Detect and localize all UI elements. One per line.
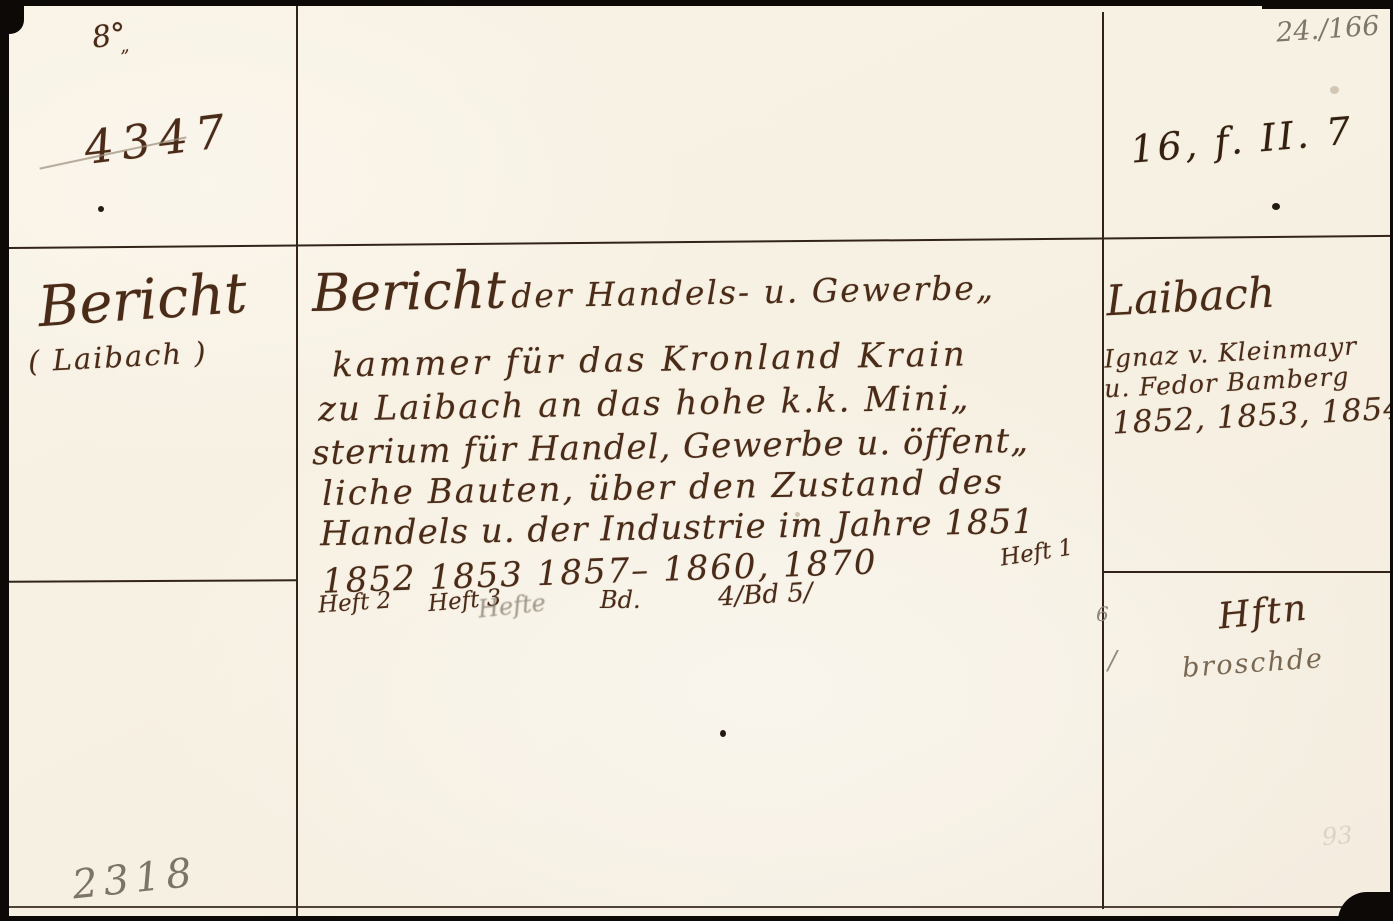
bd-numbers: 4/Bd 5/: [717, 578, 813, 613]
imprint-place: Laibach: [1105, 268, 1276, 326]
ink-speck: [720, 730, 726, 737]
pencil-fraction-number: 24./166: [1275, 10, 1380, 48]
paper-fleck: [1330, 86, 1339, 94]
main-entry-line-3: zu Laibach an das hohe k.k. Mini„: [318, 378, 971, 429]
faint-number: 93: [1321, 821, 1354, 852]
horizontal-rule-right-cell: [1104, 571, 1393, 573]
holdings-stroke-mark: /: [1108, 646, 1117, 676]
catalog-card: 8°„ 4347 24./166 16, f. II. 7 Bericht ( …: [0, 0, 1393, 921]
ink-speck: [1272, 203, 1280, 210]
bd-label: Bd.: [600, 586, 641, 614]
holdings-label: Hftn: [1216, 587, 1310, 637]
main-entry-block: Bericht der Handels- u. Gewerbe„ kammer …: [0, 0, 1100, 921]
vertical-rule-right-column: [1102, 12, 1104, 909]
holdings-pencil-note: broschde: [1181, 643, 1325, 684]
signature-number: 16, f. II. 7: [1129, 108, 1356, 171]
main-entry-first-line-rest: der Handels- u. Gewerbe„: [511, 268, 995, 315]
scan-edge-top-right-corner: [1262, 0, 1393, 9]
scan-edge-bottom-right-corner: [1338, 892, 1393, 921]
main-entry-first-word: Bericht: [312, 261, 507, 324]
ink-speck: [98, 206, 104, 212]
main-entry-line-1: Bericht der Handels- u. Gewerbe„: [312, 252, 996, 324]
pencil-scribble: Hefte: [477, 589, 547, 624]
scan-edge-bottom: [0, 916, 1393, 921]
scan-edge-top: [0, 0, 1393, 6]
heft2-note: Heft 2: [317, 587, 392, 618]
scan-edge-top-left-corner: [0, 0, 24, 34]
scan-edge-left: [0, 0, 9, 921]
main-entry-line-2: kammer für das Kronland Krain: [332, 334, 968, 385]
paper-fleck: [795, 512, 800, 517]
holdings-small-mark: 6: [1096, 602, 1109, 626]
